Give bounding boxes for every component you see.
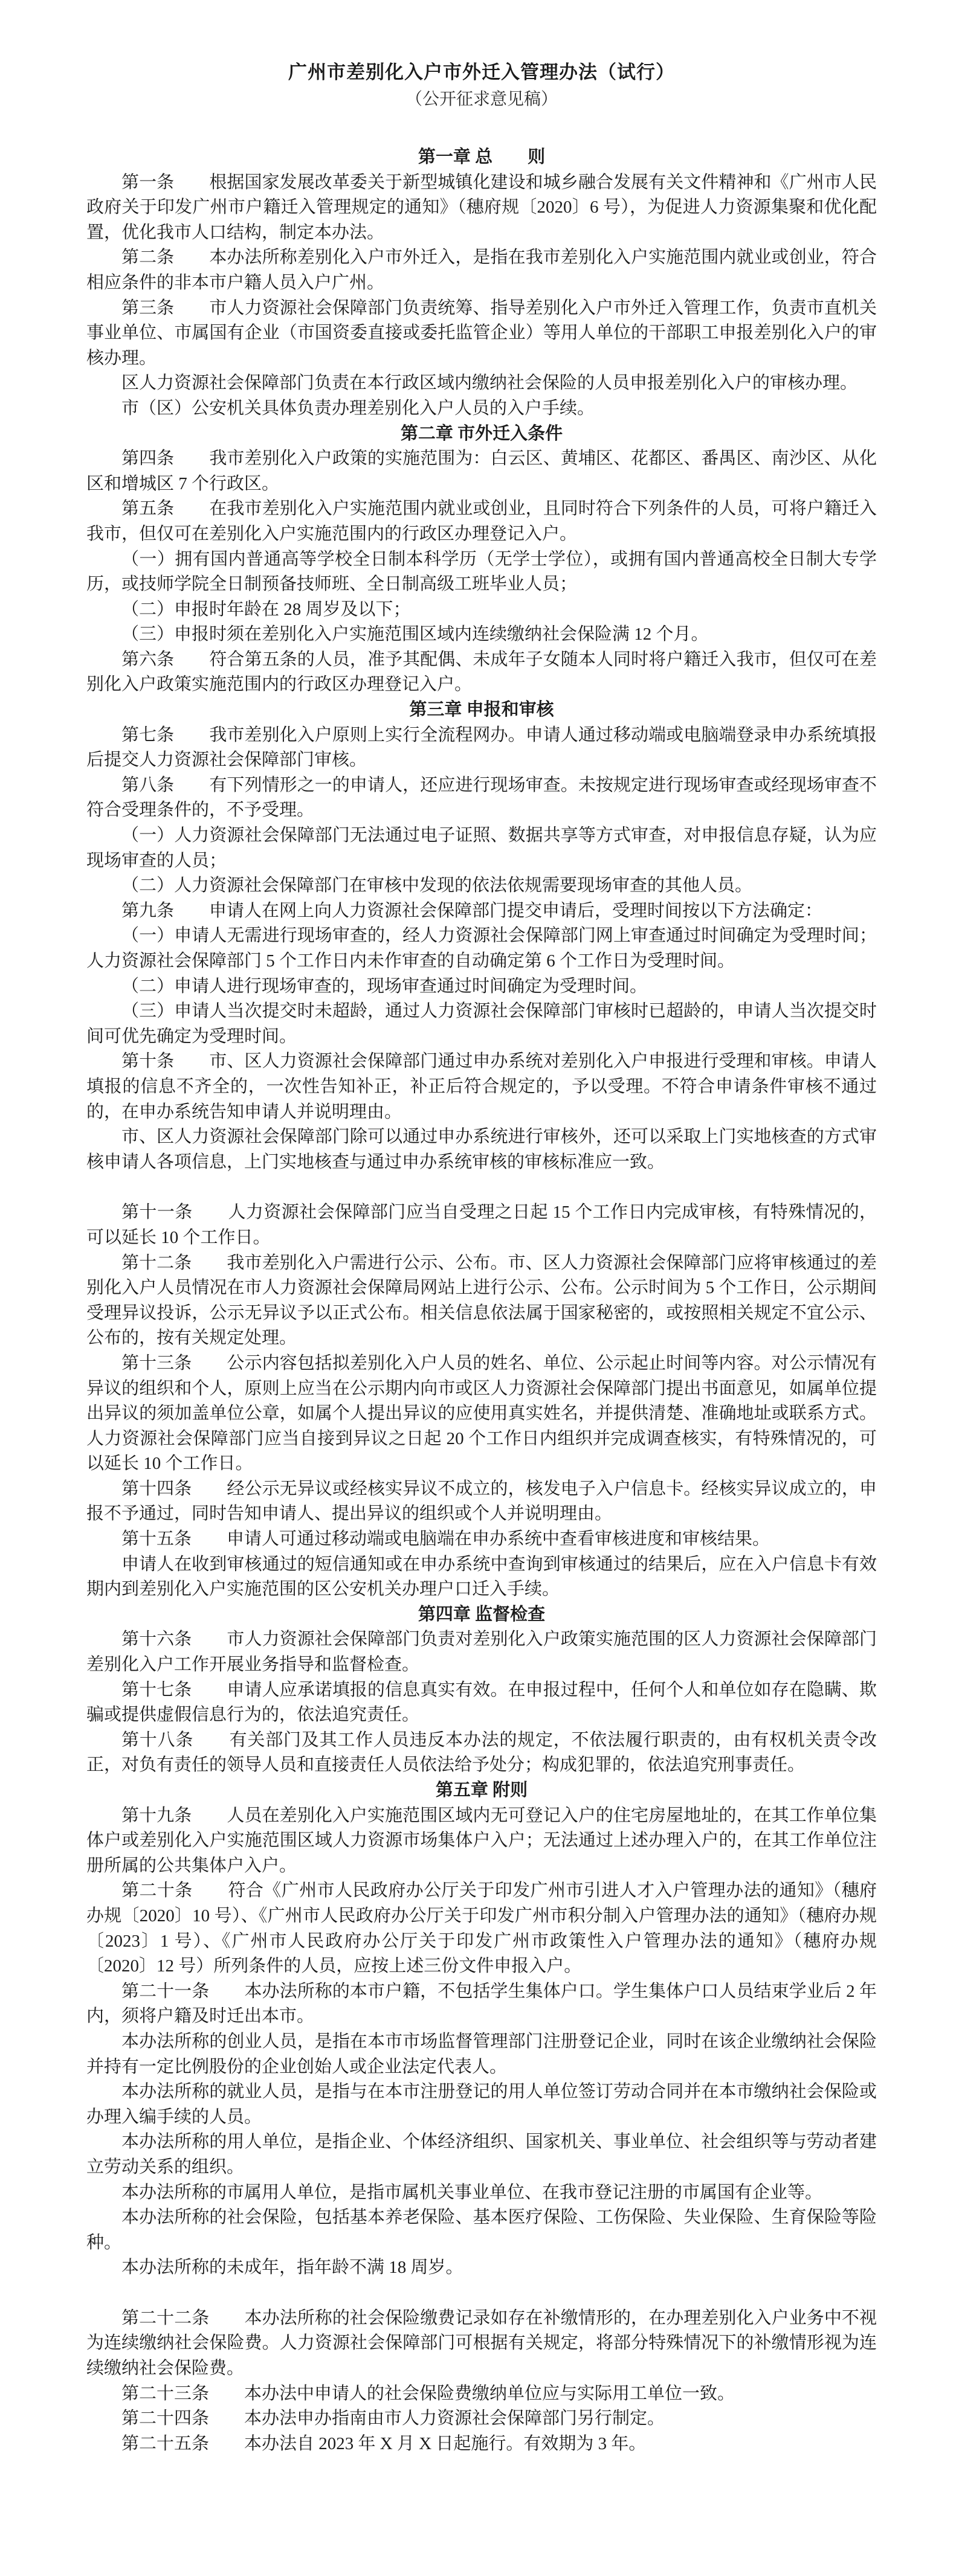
paragraph: （三）申请人当次提交时未超龄，通过人力资源社会保障部门审核时已超龄的，申请人当次… xyxy=(86,999,877,1049)
paragraph: 本办法所称的市属用人单位，是指市属机关事业单位、在我市登记注册的市属国有企业等。 xyxy=(86,2180,877,2206)
paragraph: 第九条 申请人在网上向人力资源社会保障部门提交申请后，受理时间按以下方法确定： xyxy=(86,899,877,924)
paragraph: 第十一条 人力资源社会保障部门应当自受理之日起 15 个工作日内完成审核，有特殊… xyxy=(86,1200,877,1250)
paragraph: （二）申请人进行现场审查的，现场审查通过时间确定为受理时间。 xyxy=(86,974,877,1000)
paragraph: 第八条 有下列情形之一的申请人，还应进行现场审查。未按规定进行现场审查或经现场审… xyxy=(86,773,877,823)
chapter-heading: 第二章 市外迁入条件 xyxy=(86,422,877,447)
paragraph: 第十四条 经公示无异议或经核实异议不成立的，核发电子入户信息卡。经核实异议成立的… xyxy=(86,1477,877,1527)
paragraph: 申请人在收到审核通过的短信通知或在申办系统中查询到审核通过的结果后，应在入户信息… xyxy=(86,1552,877,1602)
paragraph: 市（区）公安机关具体负责办理差别化入户人员的入户手续。 xyxy=(86,396,877,422)
paragraph: 第十三条 公示内容包括拟差别化入户人员的姓名、单位、公示起止时间等内容。对公示情… xyxy=(86,1351,877,1477)
document-page: 广州市差别化入户市外迁入管理办法（试行） （公开征求意见稿） 第一章 总 则第一… xyxy=(0,0,959,2576)
paragraph: 第十八条 有关部门及其工作人员违反本办法的规定，不依法履行职责的，由有权机关责令… xyxy=(86,1728,877,1778)
paragraph: 第十九条 人员在差别化入户实施范围区域内无可登记入户的住宅房屋地址的，在其工作单… xyxy=(86,1804,877,1879)
paragraph: 本办法所称的创业人员，是指在本市市场监督管理部门注册登记企业，同时在该企业缴纳社… xyxy=(86,2029,877,2080)
blank-line xyxy=(86,2281,877,2306)
paragraph: 本办法所称的未成年，指年龄不满 18 周岁。 xyxy=(86,2255,877,2281)
paragraph: （三）申报时须在差别化入户实施范围区域内连续缴纳社会保险满 12 个月。 xyxy=(86,622,877,647)
document-title: 广州市差别化入户市外迁入管理办法（试行） xyxy=(86,59,877,86)
blank-line xyxy=(86,1175,877,1200)
document-subtitle: （公开征求意见稿） xyxy=(86,86,877,114)
paragraph: 第六条 符合第五条的人员，准予其配偶、未成年子女随本人同时将户籍迁入我市，但仅可… xyxy=(86,647,877,698)
document-body: 第一章 总 则第一条 根据国家发展改革委关于新型城镇化建设和城乡融合发展有关文件… xyxy=(86,145,877,2456)
paragraph: 第十七条 申请人应承诺填报的信息真实有效。在申报过程中，任何个人和单位如存在隐瞒… xyxy=(86,1678,877,1728)
chapter-heading: 第五章 附则 xyxy=(86,1778,877,1804)
paragraph: 第二条 本办法所称差别化入户市外迁入，是指在我市差别化入户实施范围内就业或创业，… xyxy=(86,245,877,295)
paragraph: 第五条 在我市差别化入户实施范围内就业或创业，且同时符合下列条件的人员，可将户籍… xyxy=(86,496,877,547)
paragraph: 第三条 市人力资源社会保障部门负责统筹、指导差别化入户市外迁入管理工作，负责市直… xyxy=(86,296,877,371)
chapter-heading: 第三章 申报和审核 xyxy=(86,698,877,723)
paragraph: 第一条 根据国家发展改革委关于新型城镇化建设和城乡融合发展有关文件精神和《广州市… xyxy=(86,170,877,246)
paragraph: （二）人力资源社会保障部门在审核中发现的依法依规需要现场审查的其他人员。 xyxy=(86,873,877,899)
paragraph: （二）申报时年龄在 28 周岁及以下； xyxy=(86,597,877,623)
paragraph: 第四条 我市差别化入户政策的实施范围为：白云区、黄埔区、花都区、番禺区、南沙区、… xyxy=(86,446,877,496)
paragraph: （一）拥有国内普通高等学校全日制本科学历（无学士学位），或拥有国内普通高校全日制… xyxy=(86,547,877,597)
paragraph: 第二十五条 本办法自 2023 年 X 月 X 日起施行。有效期为 3 年。 xyxy=(86,2432,877,2457)
paragraph: 第十二条 我市差别化入户需进行公示、公布。市、区人力资源社会保障部门应将审核通过… xyxy=(86,1251,877,1351)
paragraph: 第二十条 符合《广州市人民政府办公厅关于印发广州市引进人才入户管理办法的通知》（… xyxy=(86,1878,877,1979)
paragraph: 第二十二条 本办法所称的社会保险缴费记录如存在补缴情形的，在办理差别化入户业务中… xyxy=(86,2306,877,2382)
paragraph: 第二十三条 本办法中申请人的社会保险费缴纳单位应与实际用工单位一致。 xyxy=(86,2382,877,2407)
paragraph: 第二十一条 本办法所称的本市户籍，不包括学生集体户口。学生集体户口人员结束学业后… xyxy=(86,1979,877,2029)
paragraph: （一）申请人无需进行现场审查的，经人力资源社会保障部门网上审查通过时间确定为受理… xyxy=(86,923,877,974)
paragraph: 第十五条 申请人可通过移动端或电脑端在申办系统中查看审核进度和审核结果。 xyxy=(86,1527,877,1552)
paragraph: （一）人力资源社会保障部门无法通过电子证照、数据共享等方式审查，对申报信息存疑，… xyxy=(86,823,877,873)
chapter-heading: 第一章 总 则 xyxy=(86,145,877,170)
paragraph: 第十条 市、区人力资源社会保障部门通过申办系统对差别化入户申报进行受理和审核。申… xyxy=(86,1049,877,1125)
paragraph: 本办法所称的用人单位，是指企业、个体经济组织、国家机关、事业单位、社会组织等与劳… xyxy=(86,2130,877,2180)
chapter-heading: 第四章 监督检查 xyxy=(86,1602,877,1628)
paragraph: 本办法所称的社会保险，包括基本养老保险、基本医疗保险、工伤保险、失业保险、生育保… xyxy=(86,2205,877,2255)
paragraph: 本办法所称的就业人员，是指与在本市注册登记的用人单位签订劳动合同并在本市缴纳社会… xyxy=(86,2080,877,2130)
paragraph: 第七条 我市差别化入户原则上实行全流程网办。申请人通过移动端或电脑端登录申办系统… xyxy=(86,723,877,773)
paragraph: 第十六条 市人力资源社会保障部门负责对差别化入户政策实施范围的区人力资源社会保障… xyxy=(86,1627,877,1677)
paragraph: 市、区人力资源社会保障部门除可以通过申办系统进行审核外，还可以采取上门实地核查的… xyxy=(86,1125,877,1175)
paragraph: 第二十四条 本办法申办指南由市人力资源社会保障部门另行制定。 xyxy=(86,2406,877,2432)
paragraph: 区人力资源社会保障部门负责在本行政区域内缴纳社会保险的人员申报差别化入户的审核办… xyxy=(86,371,877,396)
